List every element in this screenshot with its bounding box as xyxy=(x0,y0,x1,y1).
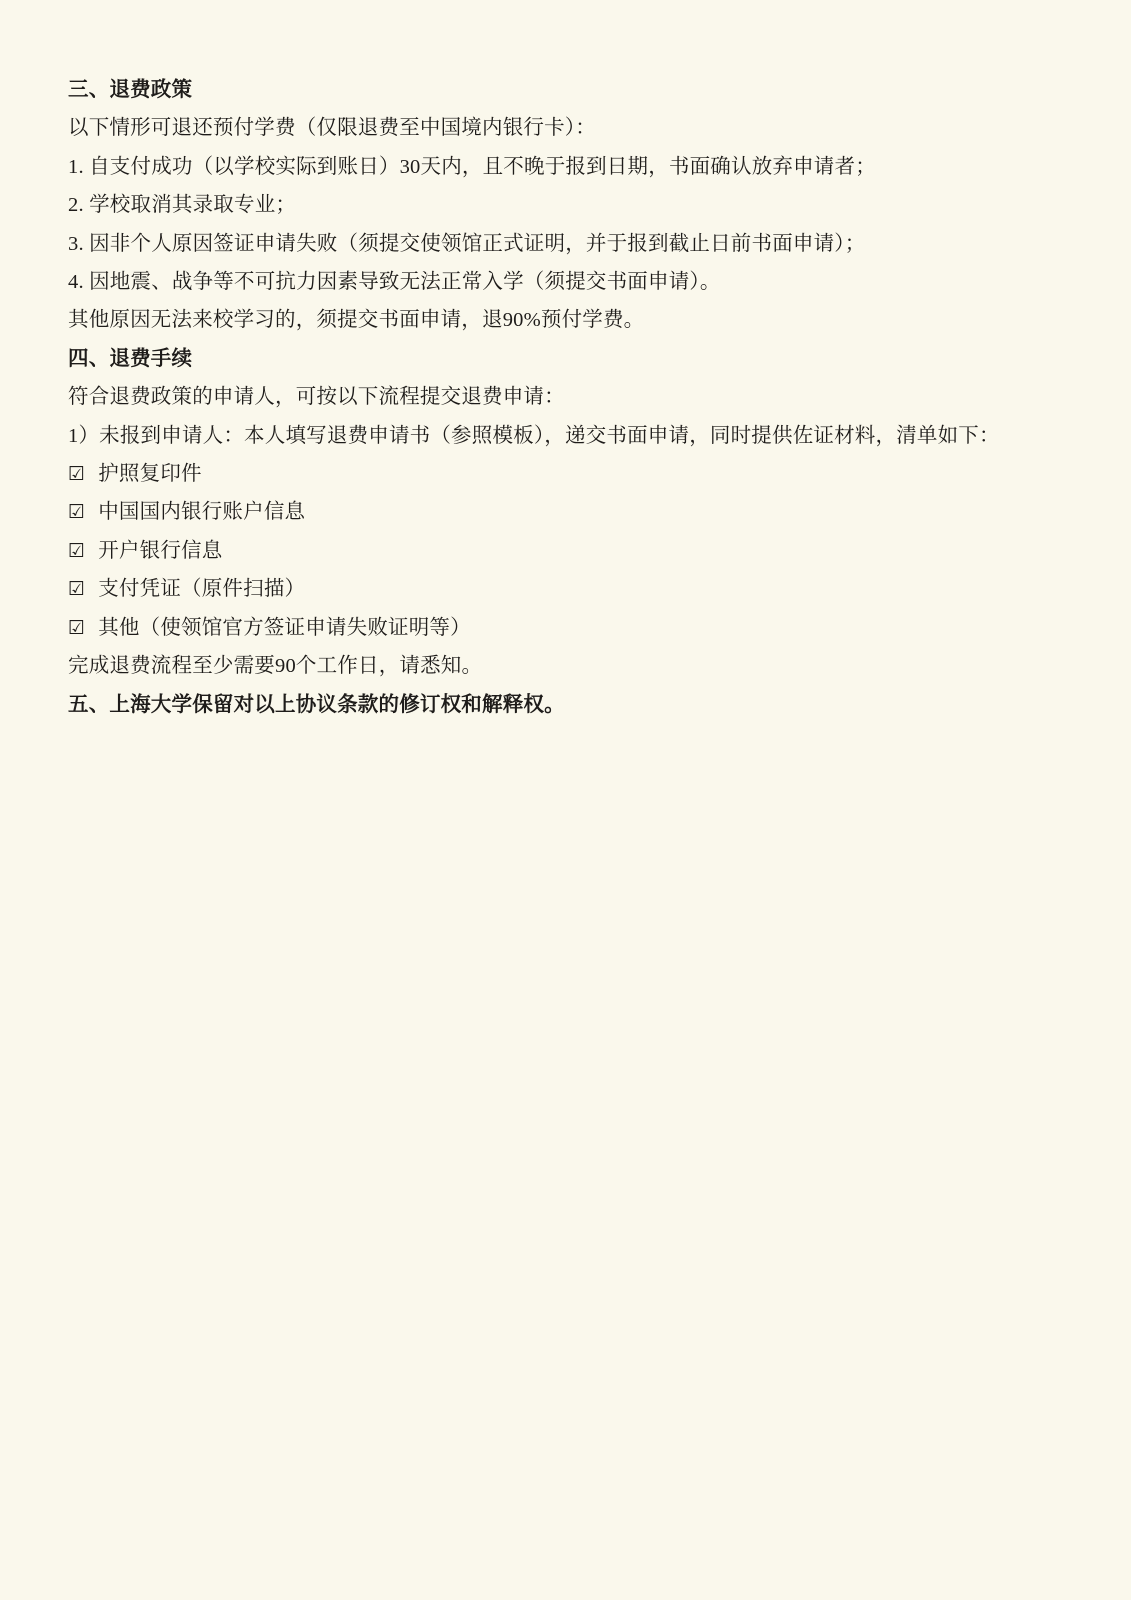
checklist-item-label: 支付凭证（原件扫描） xyxy=(98,570,305,608)
checklist-item: ☑ 其他（使领馆官方签证申请失败证明等） xyxy=(68,609,1081,647)
checked-checkbox-icon: ☑ xyxy=(68,493,85,531)
checked-checkbox-icon: ☑ xyxy=(68,455,85,493)
paragraph: 其他原因无法来校学习的，须提交书面申请，退90%预付学费。 xyxy=(68,301,1081,339)
checklist-item-label: 开户银行信息 xyxy=(98,532,222,570)
paragraph: 符合退费政策的申请人，可按以下流程提交退费申请： xyxy=(68,378,1081,416)
checklist-item-label: 护照复印件 xyxy=(98,455,202,493)
checklist-item: ☑ 护照复印件 xyxy=(68,455,1081,493)
paragraph: 以下情形可退还预付学费（仅限退费至中国境内银行卡）： xyxy=(68,109,1081,147)
checklist-item: ☑ 支付凭证（原件扫描） xyxy=(68,570,1081,608)
section-heading-refund-policy: 三、退费政策 xyxy=(68,71,1081,109)
checklist-item-label: 中国国内银行账户信息 xyxy=(98,493,305,531)
checked-checkbox-icon: ☑ xyxy=(68,570,85,608)
paragraph: 1. 自支付成功（以学校实际到账日）30天内，且不晚于报到日期，书面确认放弃申请… xyxy=(68,148,1081,186)
checklist-item: ☑ 中国国内银行账户信息 xyxy=(68,493,1081,531)
paragraph: 1）未报到申请人：本人填写退费申请书（参照模板），递交书面申请，同时提供佐证材料… xyxy=(68,417,1081,455)
checklist-item: ☑ 开户银行信息 xyxy=(68,532,1081,570)
document-page: 三、退费政策 以下情形可退还预付学费（仅限退费至中国境内银行卡）： 1. 自支付… xyxy=(0,0,1131,1600)
paragraph: 完成退费流程至少需要90个工作日，请悉知。 xyxy=(68,647,1081,685)
paragraph: 2. 学校取消其录取专业； xyxy=(68,186,1081,224)
checked-checkbox-icon: ☑ xyxy=(68,532,85,570)
paragraph: 3. 因非个人原因签证申请失败（须提交使领馆正式证明，并于报到截止日前书面申请）… xyxy=(68,225,1081,263)
checked-checkbox-icon: ☑ xyxy=(68,609,85,647)
section-heading-refund-procedure: 四、退费手续 xyxy=(68,340,1081,378)
checklist-item-label: 其他（使领馆官方签证申请失败证明等） xyxy=(98,609,471,647)
section-heading-rights-reservation: 五、上海大学保留对以上协议条款的修订权和解释权。 xyxy=(68,686,1081,724)
paragraph: 4. 因地震、战争等不可抗力因素导致无法正常入学（须提交书面申请）。 xyxy=(68,263,1081,301)
